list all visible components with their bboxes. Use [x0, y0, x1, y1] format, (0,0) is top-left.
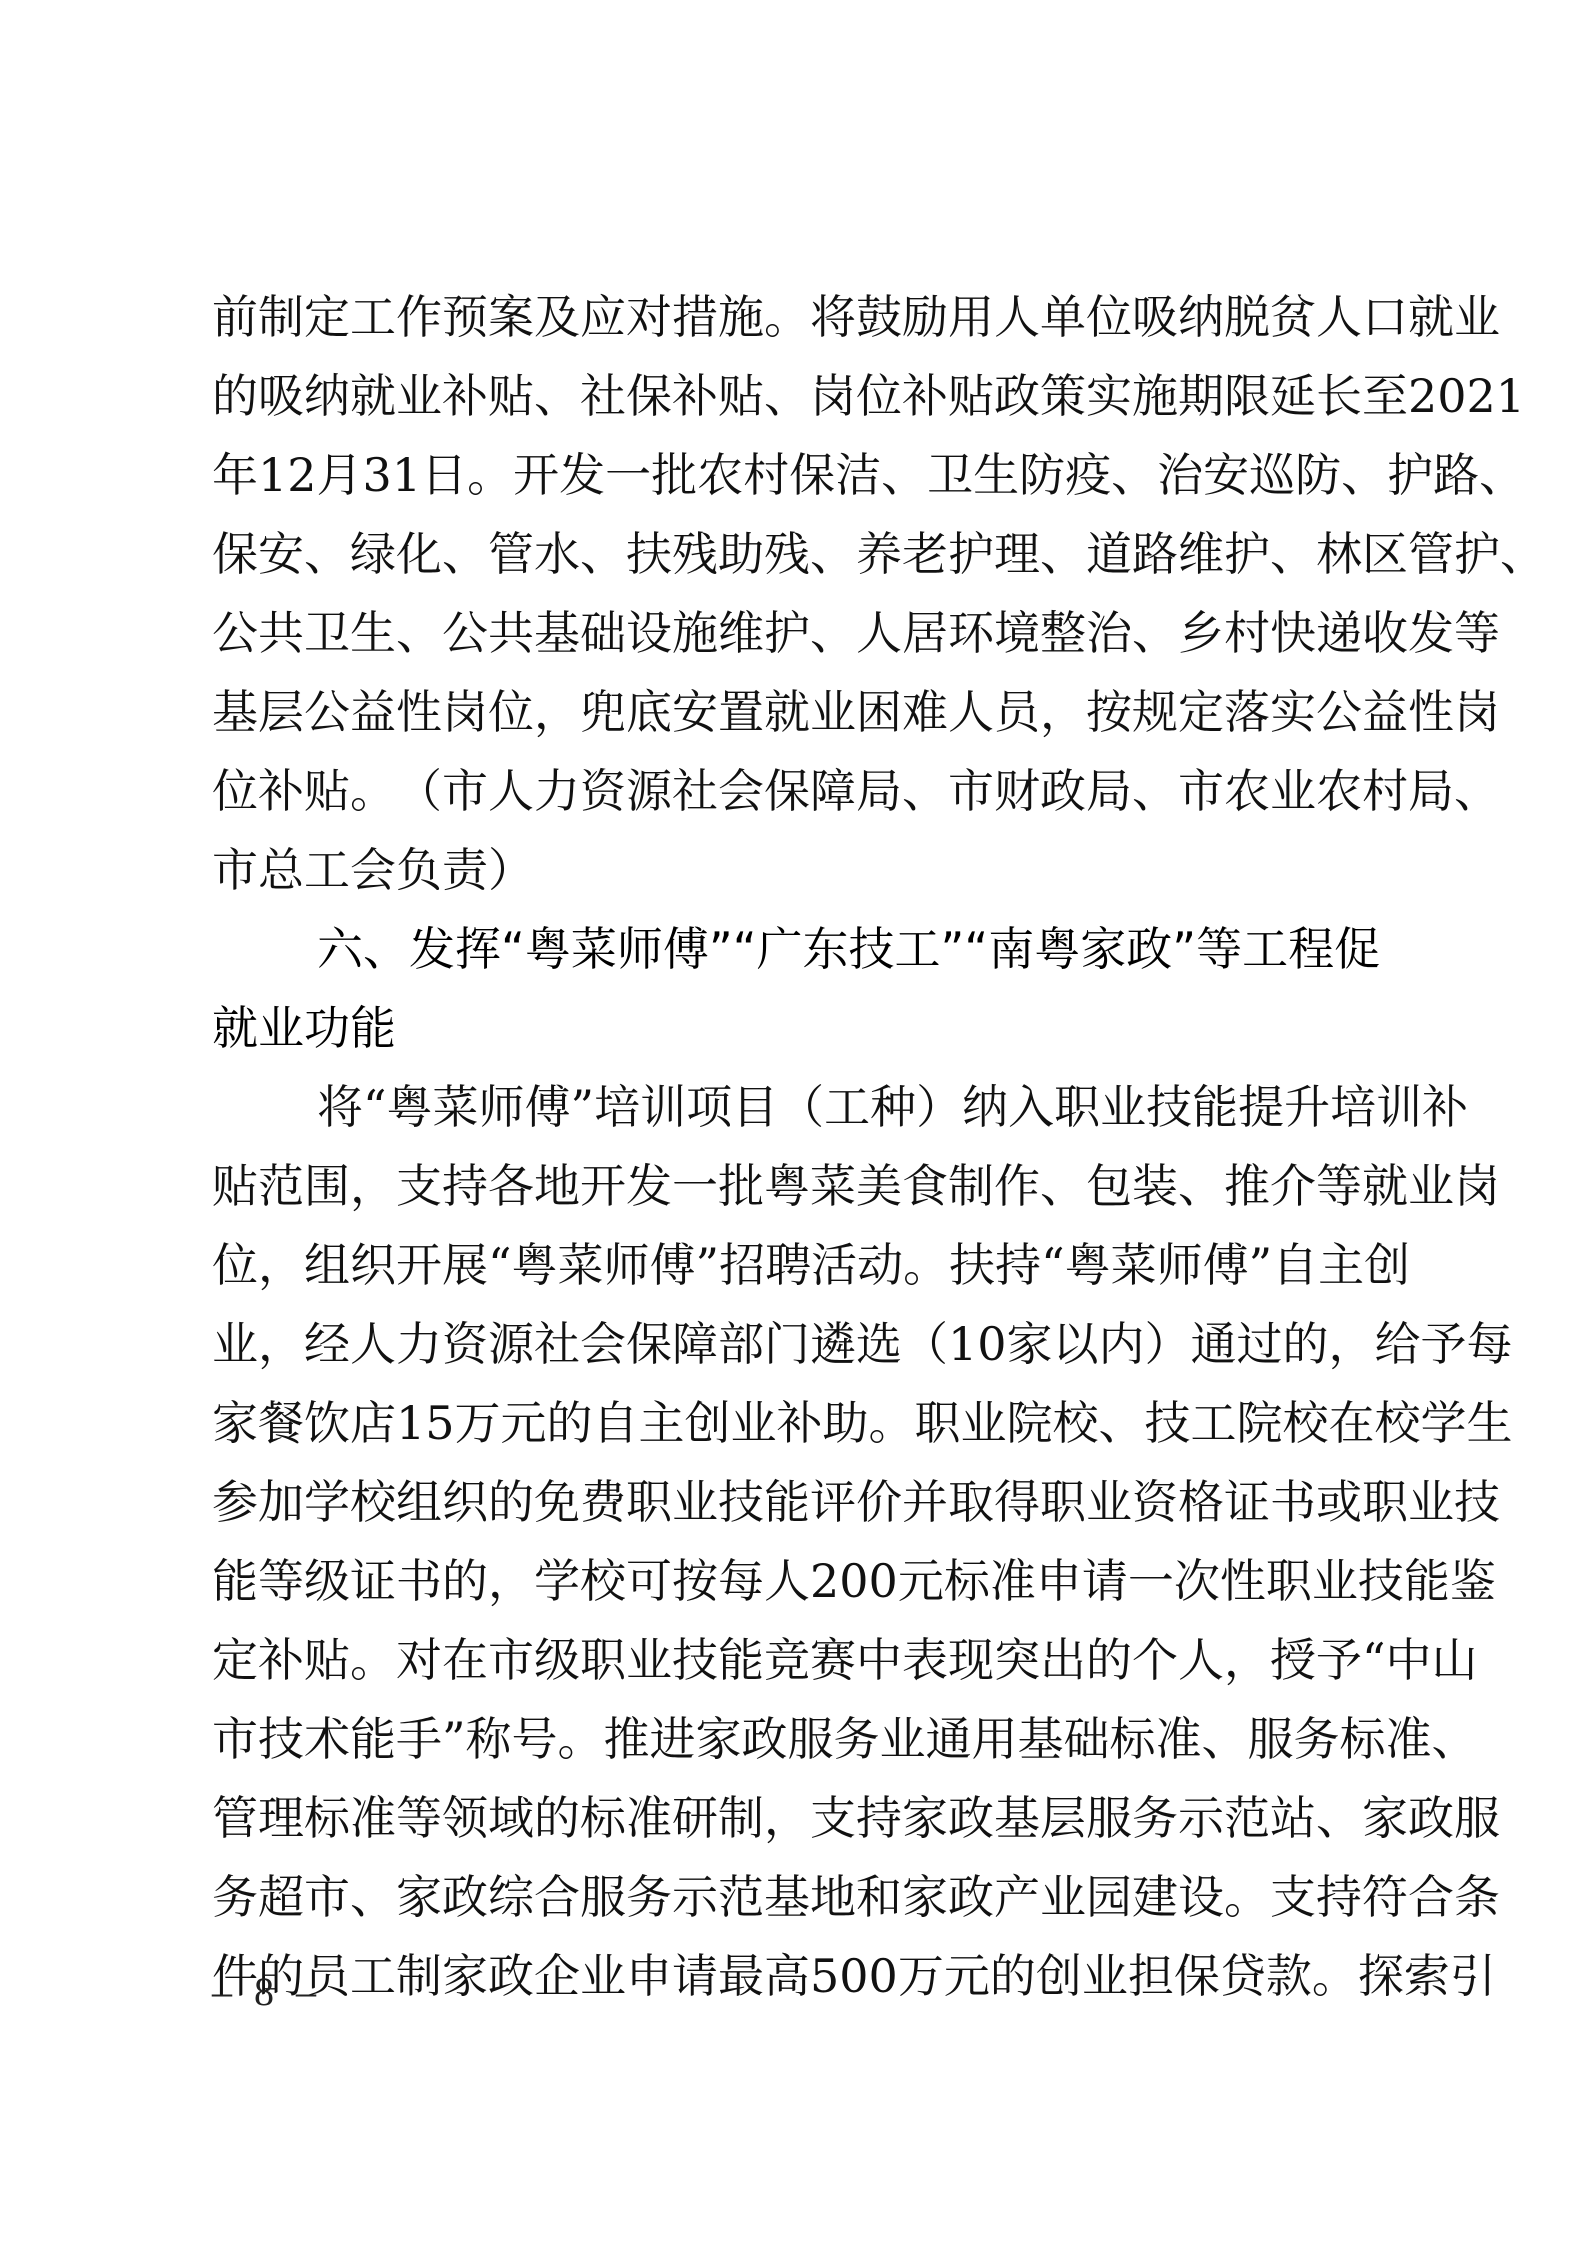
text-line: 贴范围，支持各地开发一批粤菜美食制作、包装、推介等就业岗	[212, 1147, 1372, 1226]
text-line: 定补贴。对在市级职业技能竞赛中表现突出的个人，授予“中山	[212, 1621, 1372, 1700]
text-line: 位，组织开展“粤菜师傅”招聘活动。扶持“粤菜师傅”自主创	[212, 1226, 1372, 1305]
text-line: 将“粤菜师傅”培训项目（工种）纳入职业技能提升培训补	[212, 1068, 1372, 1147]
text-line: 保安、绿化、管水、扶残助残、养老护理、道路维护、林区管护、	[212, 515, 1372, 594]
text-line: 务超市、家政综合服务示范基地和家政产业园建设。支持符合条	[212, 1858, 1372, 1937]
text-line: 年12月31日。开发一批农村保洁、卫生防疫、治安巡防、护路、	[212, 436, 1372, 515]
text-line: 的吸纳就业补贴、社保补贴、岗位补贴政策实施期限延长至2021	[212, 357, 1372, 436]
text-line: 件的员工制家政企业申请最高500万元的创业担保贷款。探索引	[212, 1937, 1372, 2016]
text-line: 业，经人力资源社会保障部门遴选（10家以内）通过的，给予每	[212, 1305, 1372, 1384]
document-page: 前制定工作预案及应对措施。将鼓励用人单位吸纳脱贫人口就业 的吸纳就业补贴、社保补…	[212, 278, 1372, 2016]
section-heading: 六、发挥“粤菜师傅”“广东技工”“南粤家政”等工程促 就业功能	[212, 910, 1372, 1068]
text-line: 参加学校组织的免费职业技能评价并取得职业资格证书或职业技	[212, 1463, 1372, 1542]
text-line: 基层公益性岗位，兜底安置就业困难人员，按规定落实公益性岗	[212, 673, 1372, 752]
text-line: 位补贴。（市人力资源社会保障局、市财政局、市农业农村局、	[212, 752, 1372, 831]
text-line: 管理标准等领域的标准研制，支持家政基层服务示范站、家政服	[212, 1779, 1372, 1858]
text-line: 能等级证书的，学校可按每人200元标准申请一次性职业技能鉴	[212, 1542, 1372, 1621]
paragraph-section6: 将“粤菜师傅”培训项目（工种）纳入职业技能提升培训补 贴范围，支持各地开发一批粤…	[212, 1068, 1372, 2016]
text-line: 市总工会负责）	[212, 831, 1372, 910]
text-line: 前制定工作预案及应对措施。将鼓励用人单位吸纳脱贫人口就业	[212, 278, 1372, 357]
text-line: 公共卫生、公共基础设施维护、人居环境整治、乡村快递收发等	[212, 594, 1372, 673]
section-heading-line: 就业功能	[212, 989, 1372, 1068]
section-heading-line: 六、发挥“粤菜师傅”“广东技工”“南粤家政”等工程促	[212, 910, 1372, 989]
text-line: 市技术能手”称号。推进家政服务业通用基础标准、服务标准、	[212, 1700, 1372, 1779]
paragraph-continued: 前制定工作预案及应对措施。将鼓励用人单位吸纳脱贫人口就业 的吸纳就业补贴、社保补…	[212, 278, 1372, 910]
page-number: – 8 –	[212, 1968, 322, 2015]
text-line: 家餐饮店15万元的自主创业补助。职业院校、技工院校在校学生	[212, 1384, 1372, 1463]
